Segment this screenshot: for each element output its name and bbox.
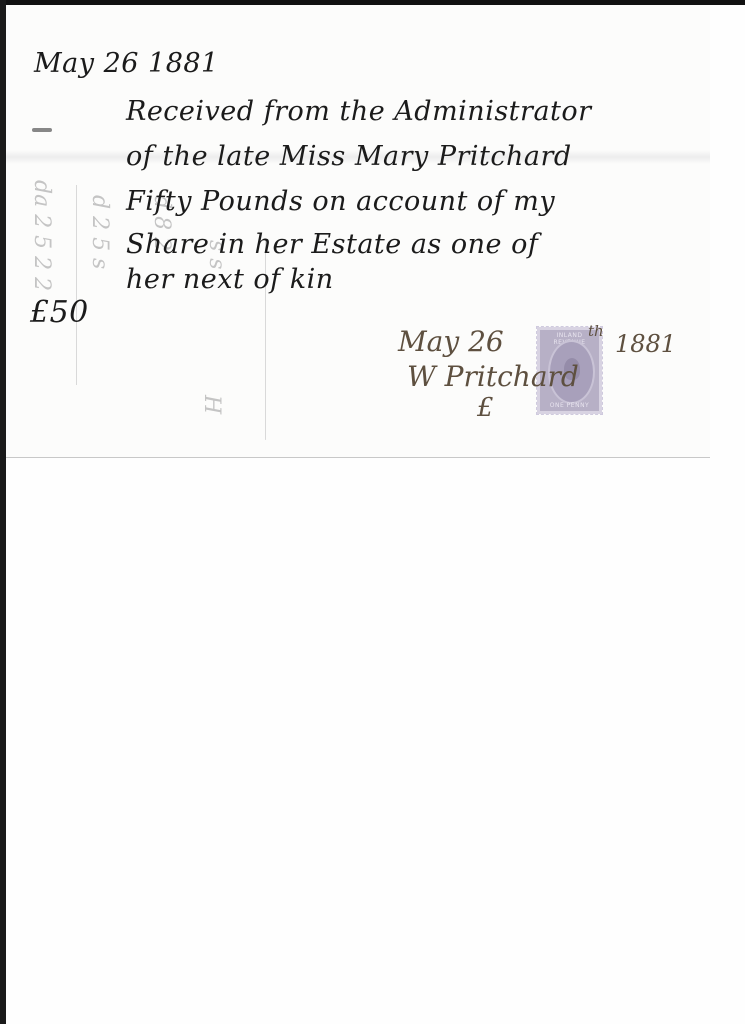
- receipt-line-4: Share in her Estate as one of: [126, 229, 538, 260]
- ink-smudge: [32, 128, 52, 132]
- receipt-line-1: Received from the Administrator: [126, 96, 592, 127]
- bleedthrough-text: d 2 5 s: [88, 195, 110, 269]
- signature-date-suffix: th: [588, 322, 604, 340]
- bleedthrough-text: da 2 5 2 2: [30, 180, 52, 291]
- signature-year: 1881: [615, 330, 676, 358]
- faded-ruled-line: [76, 185, 77, 385]
- signature-date: May 26: [398, 325, 504, 358]
- stamp-bottom-text: ONE PENNY: [540, 402, 599, 409]
- receipt-line-2: of the late Miss Mary Pritchard: [126, 141, 572, 172]
- bleedthrough-text: H: [200, 395, 222, 414]
- signature-name: W Pritchard: [407, 360, 579, 393]
- receipt-date: May 26 1881: [34, 48, 219, 79]
- signature-mark: £: [477, 393, 494, 423]
- receipt-line-3: Fifty Pounds on account of my: [126, 186, 555, 217]
- receipt-line-5: her next of kin: [126, 264, 334, 295]
- receipt-amount: £50: [30, 295, 89, 330]
